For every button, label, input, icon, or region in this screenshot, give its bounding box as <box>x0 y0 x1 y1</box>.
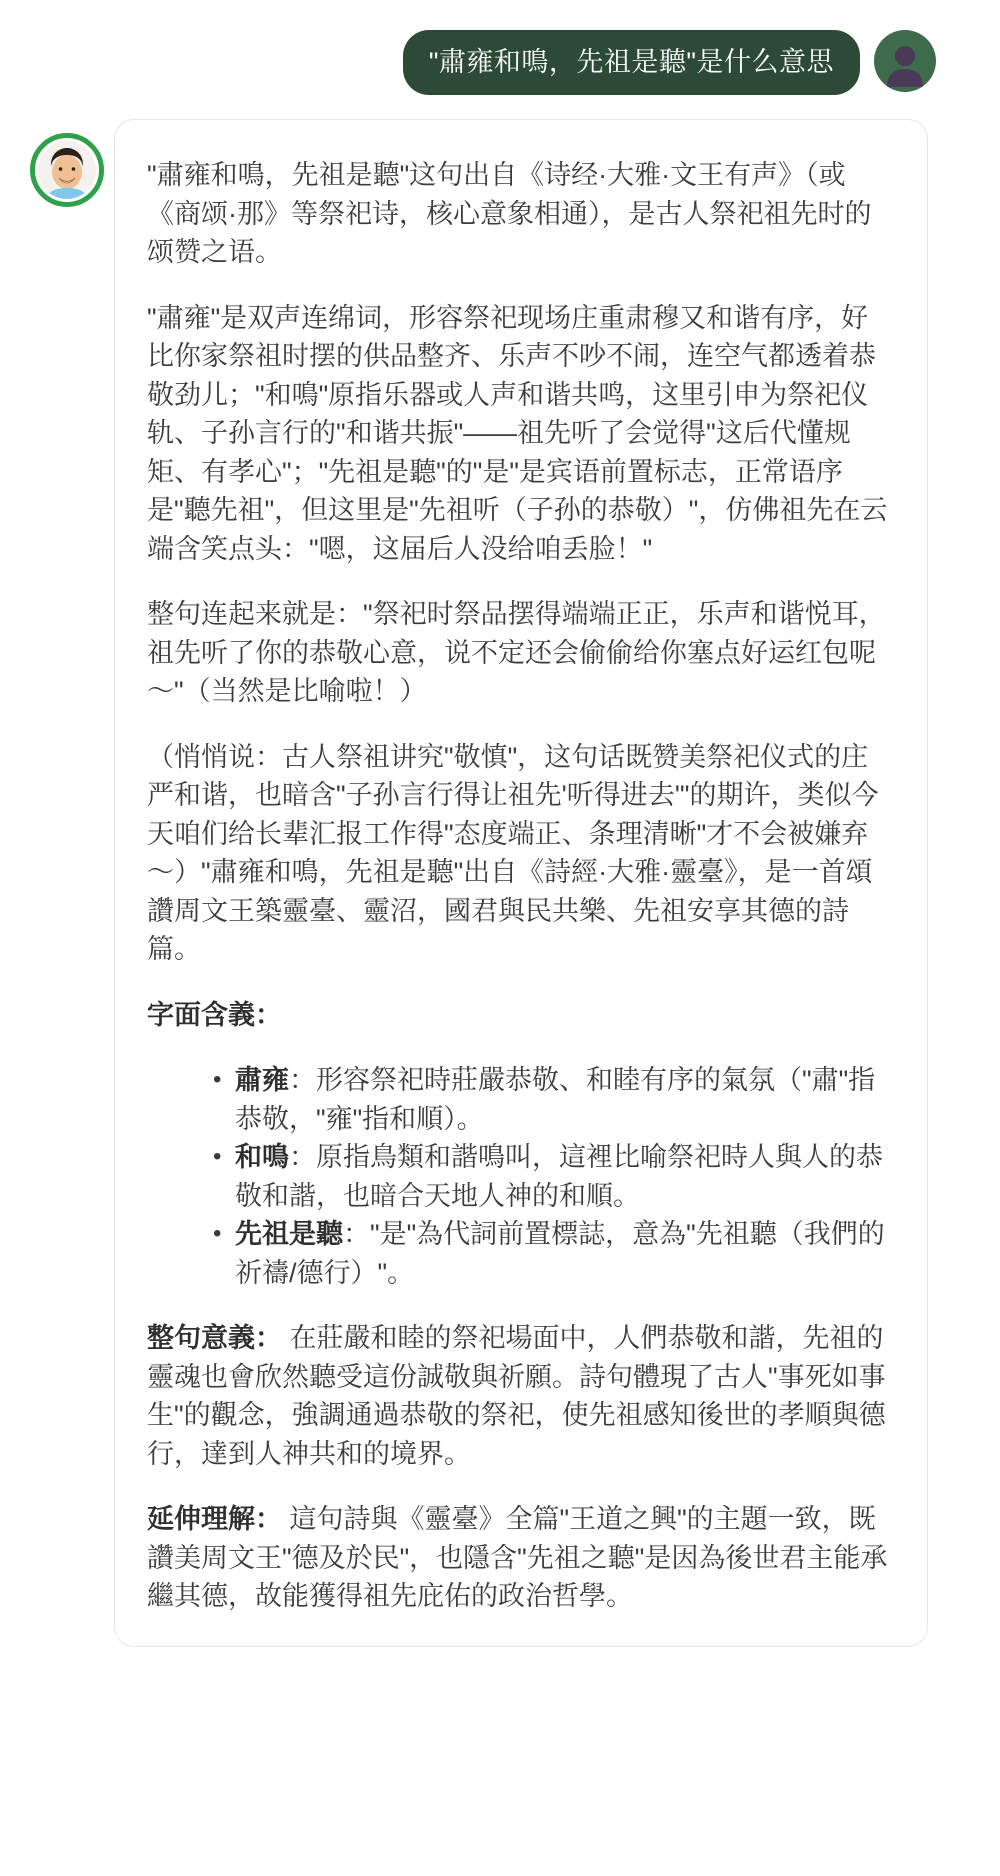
paragraph-aside: （悄悄说：古人祭祖讲究"敬慎"，这句话既赞美祭祀仪式的庄严和谐，也暗含"子孙言行… <box>147 738 895 969</box>
list-text: ：形容祭祀時莊嚴恭敬、和睦有序的氣氛（"肅"指恭敬，"雍"指和順）。 <box>235 1065 875 1134</box>
assistant-avatar[interactable] <box>30 133 104 207</box>
list-term: 先祖是聽 <box>235 1219 343 1249</box>
literal-meaning-heading-text: 字面含義： <box>147 1000 282 1030</box>
list-term: 和鳴 <box>235 1142 289 1172</box>
assistant-message-row: "肅雍和鳴，先祖是聽"这句出自《诗经·大雅·文王有声》（或《商颂·那》等祭祀诗，… <box>0 119 1000 1687</box>
section-label: 延伸理解： <box>147 1504 282 1534</box>
list-item-heming: • 和鳴：原指鳥類和諧鳴叫，這裡比喻祭祀時人與人的恭敬和諧，也暗合天地人神的和順… <box>213 1138 895 1215</box>
user-message-text: "肅雍和鳴，先祖是聽"是什么意思 <box>429 47 834 77</box>
person-icon <box>886 45 924 87</box>
list-term: 肅雍 <box>235 1065 289 1095</box>
list-item-xianzushiting: • 先祖是聽："是"為代詞前置標誌，意為"先祖聽（我們的祈禱/德行）"。 <box>213 1215 895 1292</box>
list-item-suyong: • 肅雍：形容祭祀時莊嚴恭敬、和睦有序的氣氛（"肅"指恭敬，"雍"指和順）。 <box>213 1061 895 1138</box>
section-extended-understanding: 延伸理解： 這句詩與《靈臺》全篇"王道之興"的主題一致，既讚美周文王"德及於民"… <box>147 1500 895 1616</box>
list-text: ：原指鳥類和諧鳴叫，這裡比喻祭祀時人與人的恭敬和諧，也暗合天地人神的和順。 <box>235 1142 883 1211</box>
literal-meaning-heading: 字面含義： <box>147 996 895 1035</box>
bullet-dot-icon: • <box>213 1215 221 1254</box>
user-message-bubble: "肅雍和鳴，先祖是聽"是什么意思 <box>403 30 860 95</box>
bullet-dot-icon: • <box>213 1061 221 1100</box>
section-label: 整句意義： <box>147 1323 282 1353</box>
assistant-message-card: "肅雍和鳴，先祖是聽"这句出自《诗经·大雅·文王有声》（或《商颂·那》等祭祀诗，… <box>114 119 928 1647</box>
user-avatar[interactable] <box>874 30 936 92</box>
chat-page: "肅雍和鳴，先祖是聽"是什么意思 <box>0 0 1000 1876</box>
section-whole-meaning: 整句意義： 在莊嚴和睦的祭祀場面中，人們恭敬和諧，先祖的靈魂也會欣然聽受這份誠敬… <box>147 1319 895 1473</box>
paragraph-explanation: "肅雍"是双声连绵词，形容祭祀现场庄重肃穆又和谐有序，好比你家祭祖时摆的供品整齐… <box>147 299 895 569</box>
user-message-row: "肅雍和鳴，先祖是聽"是什么意思 <box>0 0 1000 95</box>
paragraph-origin: "肅雍和鳴，先祖是聽"这句出自《诗经·大雅·文王有声》（或《商颂·那》等祭祀诗，… <box>147 156 895 272</box>
literal-meaning-list: • 肅雍：形容祭祀時莊嚴恭敬、和睦有序的氣氛（"肅"指恭敬，"雍"指和順）。 •… <box>147 1061 895 1292</box>
assistant-face-image <box>38 141 96 199</box>
paragraph-whole-sentence: 整句连起来就是："祭祀时祭品摆得端端正正，乐声和谐悦耳，祖先听了你的恭敬心意，说… <box>147 595 895 711</box>
bullet-dot-icon: • <box>213 1138 221 1177</box>
